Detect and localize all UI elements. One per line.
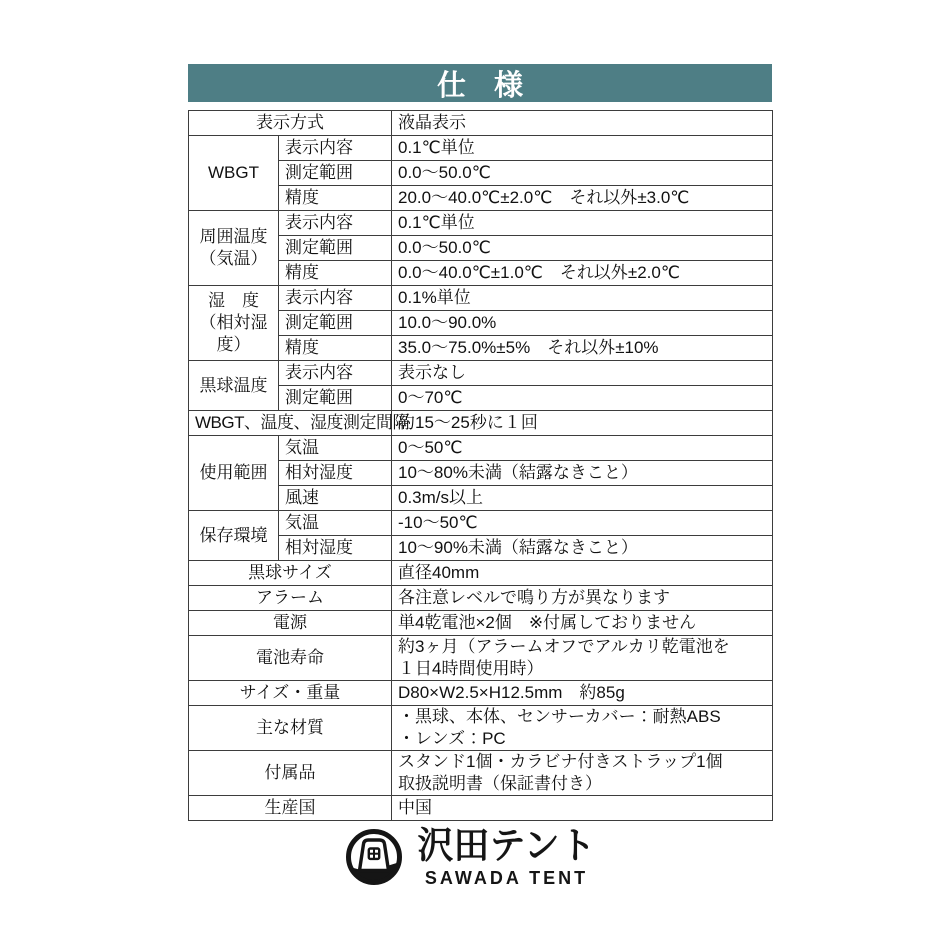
spec-group-label: 周囲温度 （気温） [189,211,279,286]
spec-label: 付属品 [189,751,392,796]
spec-group-label: 湿 度 （相対湿度） [189,286,279,361]
spec-value: 0.0～50.0℃ [392,236,773,261]
spec-value: 0.1%単位 [392,286,773,311]
table-row: 付属品 スタンド1個・カラビナ付きストラップ1個 取扱説明書（保証書付き） [189,751,773,796]
spec-sublabel: 気温 [279,436,392,461]
spec-sublabel: 風速 [279,486,392,511]
spec-value: 10～90%未満（結露なきこと） [392,536,773,561]
spec-value: -10～50℃ [392,511,773,536]
spec-sublabel: 相対湿度 [279,461,392,486]
spec-sublabel: 表示内容 [279,136,392,161]
spec-label: 生産国 [189,796,392,821]
spec-label: アラーム [189,586,392,611]
brand-logo-text: 沢田テント SAWADA TENT [417,826,595,888]
spec-sublabel: 表示内容 [279,361,392,386]
table-row: 生産国 中国 [189,796,773,821]
spec-value: 液晶表示 [392,111,773,136]
spec-value: D80×W2.5×H12.5mm 約85g [392,681,773,706]
spec-value: 10.0～90.0% [392,311,773,336]
table-row: 主な材質 ・黒球、本体、センサーカバー：耐熱ABS ・レンズ：PC [189,706,773,751]
table-row: 電源 単4乾電池×2個 ※付属しておりません [189,611,773,636]
spec-sublabel: 精度 [279,336,392,361]
section-title: 仕 様 [427,63,533,104]
table-row: WBGT、温度、湿度測定間隔 約15～25秒に１回 [189,411,773,436]
spec-sublabel: 測定範囲 [279,386,392,411]
spec-label: 主な材質 [189,706,392,751]
spec-value: 0.1℃単位 [392,136,773,161]
spec-group-label: 使用範囲 [189,436,279,511]
table-row: 表示方式 液晶表示 [189,111,773,136]
table-row: サイズ・重量 D80×W2.5×H12.5mm 約85g [189,681,773,706]
spec-sublabel: 測定範囲 [279,161,392,186]
brand-name-japanese: 沢田テント [417,826,595,867]
spec-label: 表示方式 [189,111,392,136]
spec-value: 単4乾電池×2個 ※付属しておりません [392,611,773,636]
spec-sublabel: 気温 [279,511,392,536]
spec-table: 表示方式 液晶表示 WBGT 表示内容 0.1℃単位 測定範囲 0.0～50.0… [188,110,773,821]
table-row: 湿 度 （相対湿度） 表示内容 0.1%単位 [189,286,773,311]
spec-label: WBGT、温度、湿度測定間隔 [189,411,392,436]
spec-group-label: 保存環境 [189,511,279,561]
spec-sublabel: 表示内容 [279,286,392,311]
spec-value: 0～50℃ [392,436,773,461]
spec-group-label: WBGT [189,136,279,211]
table-row: 電池寿命 約3ヶ月（アラームオフでアルカリ乾電池を １日4時間使用時） [189,636,773,681]
spec-sublabel: 精度 [279,186,392,211]
table-row: WBGT 表示内容 0.1℃単位 [189,136,773,161]
spec-value: ・黒球、本体、センサーカバー：耐熱ABS ・レンズ：PC [392,706,773,751]
spec-sublabel: 表示内容 [279,211,392,236]
table-row: 黒球サイズ 直径40mm [189,561,773,586]
spec-value: 約3ヶ月（アラームオフでアルカリ乾電池を １日4時間使用時） [392,636,773,681]
spec-label: 電池寿命 [189,636,392,681]
spec-value: 10～80%未満（結露なきこと） [392,461,773,486]
spec-value: 0.1℃単位 [392,211,773,236]
spec-label: 黒球サイズ [189,561,392,586]
brand-name-english: SAWADA TENT [425,868,588,888]
spec-value: 各注意レベルで鳴り方が異なります [392,586,773,611]
table-row: 使用範囲 気温 0～50℃ [189,436,773,461]
spec-value: 0.0～40.0℃±1.0℃ それ以外±2.0℃ [392,261,773,286]
spec-value: 0.3m/s以上 [392,486,773,511]
spec-sheet-page: 仕 様 表示方式 液晶表示 WBGT 表示内容 0.1℃単位 測定範囲 0.0～… [0,0,940,940]
spec-value: 約15～25秒に１回 [392,411,773,436]
spec-value: スタンド1個・カラビナ付きストラップ1個 取扱説明書（保証書付き） [392,751,773,796]
spec-label: サイズ・重量 [189,681,392,706]
spec-value: 表示なし [392,361,773,386]
table-row: 保存環境 気温 -10～50℃ [189,511,773,536]
brand-logo: 沢田テント SAWADA TENT [0,826,940,888]
section-title-bar: 仕 様 [188,64,772,102]
spec-sublabel: 測定範囲 [279,236,392,261]
spec-value: 中国 [392,796,773,821]
spec-value: 35.0～75.0%±5% それ以外±10% [392,336,773,361]
table-row: 黒球温度 表示内容 表示なし [189,361,773,386]
spec-sublabel: 精度 [279,261,392,286]
spec-group-label: 黒球温度 [189,361,279,411]
spec-sublabel: 相対湿度 [279,536,392,561]
tent-logo-icon [344,827,404,887]
spec-value: 20.0～40.0℃±2.0℃ それ以外±3.0℃ [392,186,773,211]
spec-sublabel: 測定範囲 [279,311,392,336]
spec-label: 電源 [189,611,392,636]
spec-value: 0.0～50.0℃ [392,161,773,186]
spec-value: 0～70℃ [392,386,773,411]
spec-value: 直径40mm [392,561,773,586]
table-row: アラーム 各注意レベルで鳴り方が異なります [189,586,773,611]
table-row: 周囲温度 （気温） 表示内容 0.1℃単位 [189,211,773,236]
